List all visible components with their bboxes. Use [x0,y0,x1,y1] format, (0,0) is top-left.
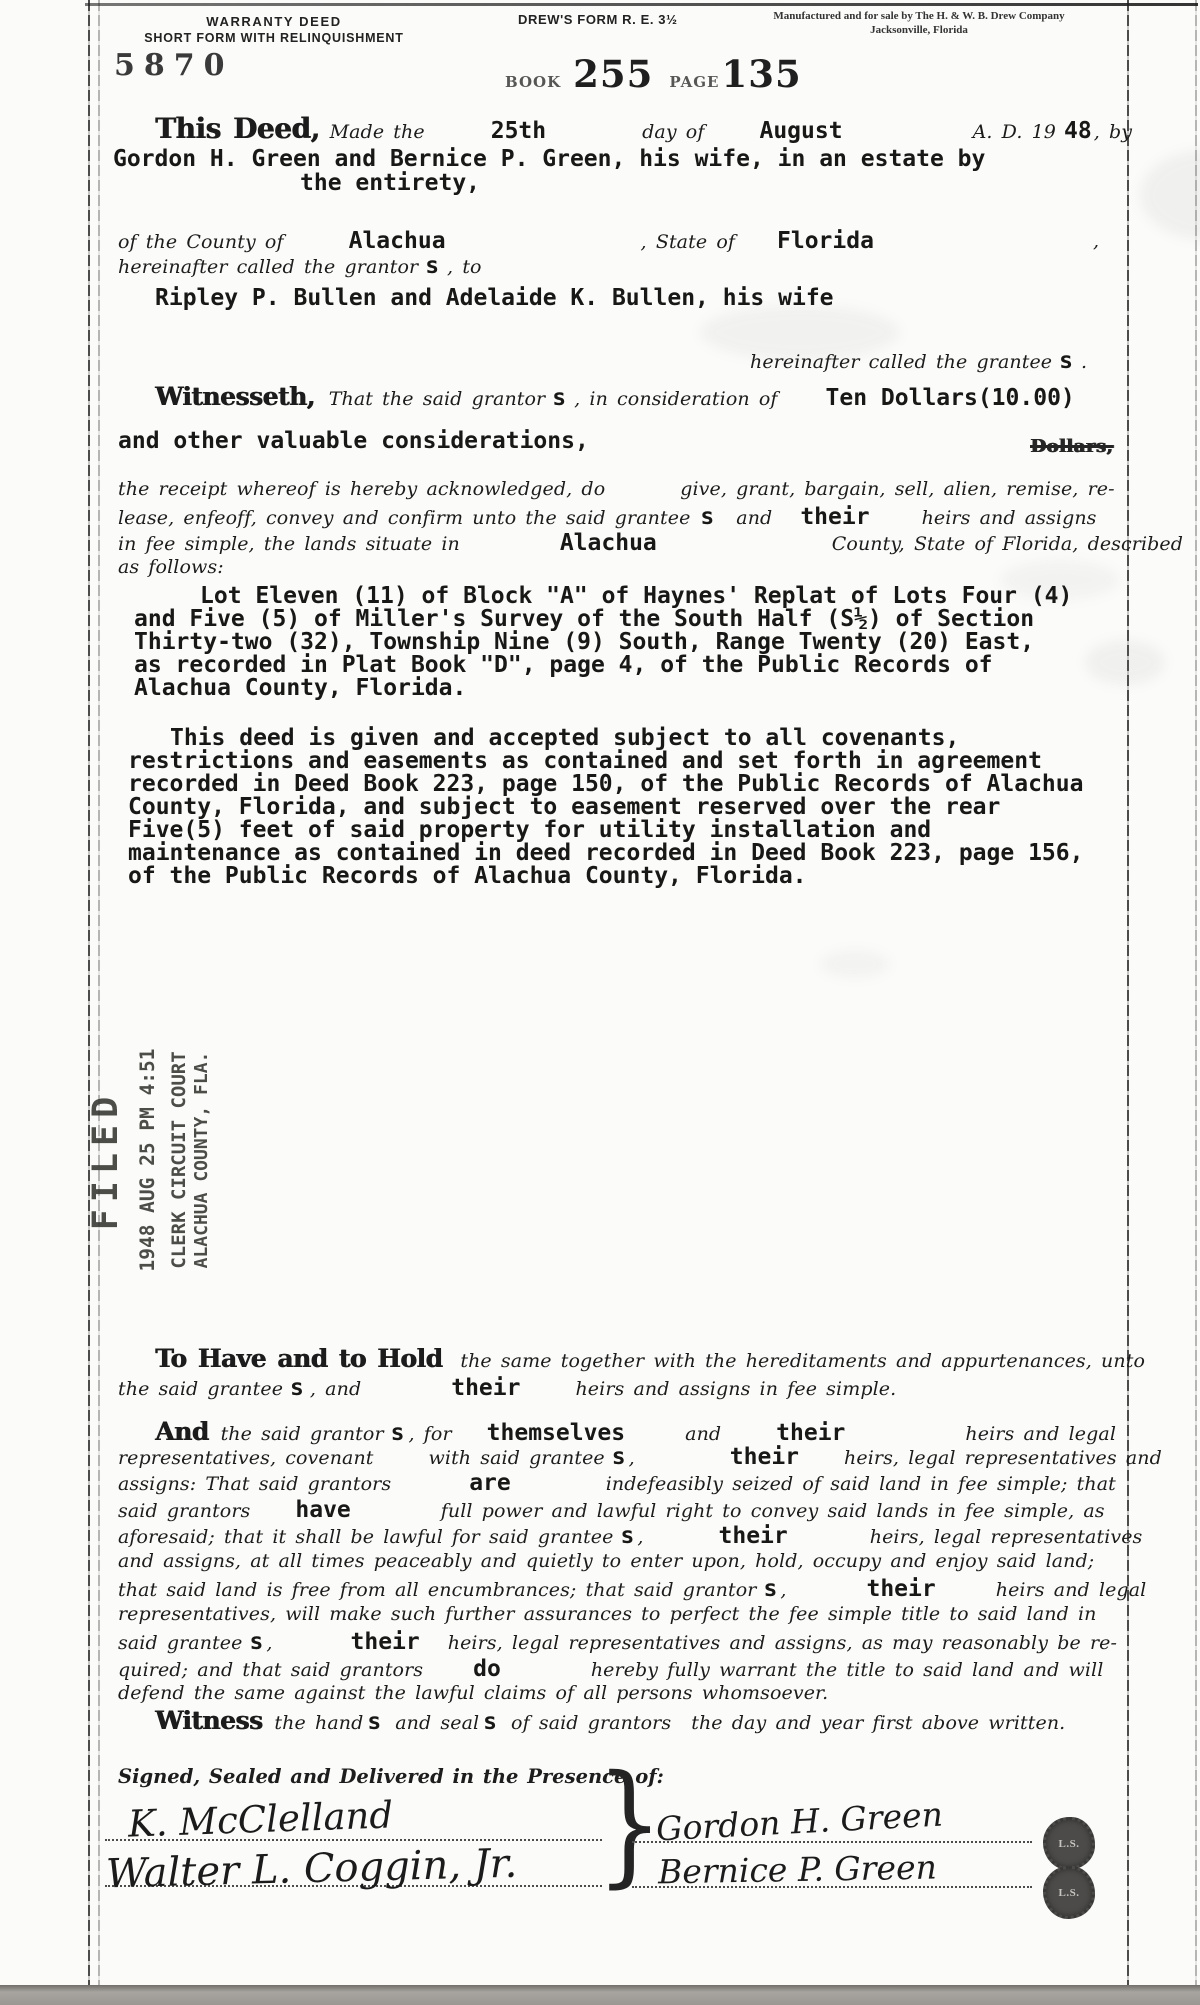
text-segment: County, State of Florida, described [832,533,1183,555]
text-segment: Witness [155,1706,262,1735]
covenant-line: said grantees,theirheirs, legal represen… [118,1629,1117,1655]
text-segment: representatives, will make such further … [118,1603,1097,1625]
text-segment: their [800,504,869,530]
text-segment: their [776,1420,845,1446]
publisher-line2: Jacksonville, Florida [738,24,1100,36]
text-segment: hereinafter called the grantee [750,351,1052,373]
subject-covenants-block: This deed is given and accepted subject … [128,727,1083,888]
text-segment: in fee simple, the lands situate in [118,533,460,555]
text-segment: , [780,1579,786,1601]
text-segment: s [621,1523,635,1549]
scan-smudge [820,950,890,978]
text-segment: heirs and assigns [922,507,1097,529]
legal-description-line: Lot Eleven (11) of Block "A" of Haynes' … [134,585,1072,608]
text-segment: quired; and that said grantors [118,1659,423,1681]
deed-document-page: WARRANTY DEED SHORT FORM WITH RELINQUISH… [0,0,1200,2005]
legal-description-line: Thirty-two (32), Township Nine (9) South… [134,631,1072,654]
text-segment: full power and lawful right to convey sa… [441,1500,1105,1522]
legal-description-block: Lot Eleven (11) of Block "A" of Haynes' … [134,585,1072,700]
text-segment: s [1059,348,1073,374]
text-segment: , State of [641,231,735,253]
text-segment: hereinafter called the grantor [118,256,418,278]
text-segment: Alachua [349,228,446,254]
subject-covenants-line: of the Public Records of Alachua County,… [128,865,1083,888]
left-margin-rule-inner [98,0,100,1985]
text-segment: give, grant, bargain, sell, alien, remis… [680,478,1114,500]
text-segment: said grantors [118,1500,250,1522]
grantor-names-line1: Gordon H. Green and Bernice P. Green, hi… [113,148,985,171]
page-edge-rule [1195,0,1197,1985]
text-segment: lease, enfeoff, convey and confirm unto … [118,507,690,529]
text-segment: that said land is free from all encumbra… [118,1579,756,1601]
scan-smudge [1085,640,1165,685]
text-segment: their [730,1444,799,1470]
text-segment: . [1081,351,1087,373]
left-margin-rule [88,0,90,1985]
subject-covenants-line: County, Florida, and subject to easement… [128,796,1083,819]
covenant-line: representatives, covenantwith said grant… [118,1444,1162,1470]
text-segment: heirs, legal representatives [870,1526,1143,1548]
text-segment: Made the [330,121,425,143]
text-segment: s [367,1709,381,1735]
grantor-names-line2: the entirety, [300,172,480,195]
subject-covenants-line: Five(5) feet of said property for utilit… [128,819,1083,842]
text-segment: and [685,1423,721,1445]
text-segment: , by [1094,121,1132,143]
filed-stamp-datetime: 1948 AUG 25 PM 4:51 [136,1044,160,1276]
witness-clause-line: Witnessthe handsand sealsof said grantor… [155,1706,1065,1735]
text-segment: That the said grantor [329,388,546,410]
habendum-line1: To Have and to Holdthe same together wit… [155,1344,1145,1373]
covenant-line: defend the same against the lawful claim… [118,1682,828,1704]
text-segment: Alachua [560,530,657,556]
scan-smudge [1140,150,1200,240]
text-segment: s [763,1576,777,1602]
text-segment: This Deed, [155,112,320,145]
text-segment: their [451,1375,520,1401]
text-segment: s [552,385,566,411]
witnesseth-line: Witnesseth,That the said grantors, in co… [155,382,1075,411]
text-segment: their [351,1629,420,1655]
text-segment: To Have and to Hold [155,1344,442,1373]
opening-clause-line: This Deed,Made the25thday ofAugustA. D. … [155,112,1132,145]
receipt-line1: the receipt whereof is hereby acknowledg… [118,478,1115,500]
receipt-line3: in fee simple, the lands situate inAlach… [118,530,1183,556]
text-segment: heirs, legal representatives and [844,1447,1162,1469]
covenant-line: quired; and that said grantorsdohereby f… [118,1656,1103,1682]
seal-label: L.S. [1059,1887,1080,1899]
grantor-called-line: hereinafter called the grantors, to [118,253,482,279]
text-segment: s [290,1375,304,1401]
text-segment: Ten Dollars(10.00) [826,385,1075,411]
text-segment: their [866,1576,935,1602]
scanner-bed-strip [0,1985,1200,2005]
legal-description-line: Alachua County, Florida. [134,677,1072,700]
dollars-struck-label: Dollars, [1030,436,1113,457]
covenant-line: assigns: That said grantorsareindefeasib… [118,1470,1116,1496]
text-segment: s [612,1444,626,1470]
text-segment: said grantee [118,1632,243,1654]
receipt-line2: lease, enfeoff, convey and confirm unto … [118,504,1097,530]
text-segment: with said grantee [429,1447,605,1469]
text-segment: and [736,507,772,529]
legal-description-line: as recorded in Plat Book "D", page 4, of… [134,654,1072,677]
subject-covenants-line: restrictions and easements as contained … [128,750,1083,773]
covenant-line: Andthe said grantors, forthemselvesandth… [155,1417,1116,1446]
page-label: PAGE [669,73,719,91]
text-segment: heirs and legal [965,1423,1116,1445]
text-segment: heirs and legal [996,1579,1147,1601]
county-state-line: of the County ofAlachua, State ofFlorida [118,228,874,254]
text-segment: assigns: That said grantors [118,1473,391,1495]
grantor2-signature: Bernice P. Green [658,1848,937,1892]
text-segment: , and [310,1378,361,1400]
text-segment: day of [642,121,704,143]
text-segment: Witnesseth, [155,382,315,411]
text-segment: s [250,1629,264,1655]
text-segment: 25th [491,118,546,144]
text-segment: heirs, legal representatives and assigns… [448,1632,1117,1654]
text-segment: have [295,1497,350,1523]
text-segment: 48 [1064,118,1092,144]
text-segment: the hand [274,1712,363,1734]
text-segment: defend the same against the lawful claim… [118,1682,828,1704]
text-segment: of the County of [118,231,284,253]
text-segment: , [266,1632,272,1654]
right-margin-rule [1127,0,1129,1985]
text-segment: And [155,1417,209,1446]
form-title-line2: SHORT FORM WITH RELINQUISHMENT [118,31,430,45]
text-segment: and assigns, at all times peaceably and … [118,1550,1094,1572]
covenant-line: said grantorshavefull power and lawful r… [118,1497,1105,1523]
covenant-line: aforesaid; that it shall be lawful for s… [118,1523,1142,1549]
text-segment: the receipt whereof is hereby acknowledg… [118,478,605,500]
text-segment: as follows: [118,556,224,578]
notary-seal-1: L.S. [1043,1817,1095,1870]
seal-label: L.S. [1059,1838,1080,1850]
filed-stamp-office-line1: CLERK CIRCUIT COURT [168,1044,191,1276]
text-segment: , [629,1447,635,1469]
text-segment: indefeasibly seized of said land in fee … [606,1473,1116,1495]
grantee-names-line: Ripley P. Bullen and Adelaide K. Bullen,… [155,287,834,310]
text-segment: August [759,118,842,144]
signature-brace: } [596,1758,663,1890]
text-segment: and seal [395,1712,479,1734]
form-number: DREW'S FORM R. E. 3½ [518,12,678,27]
notary-seal-2: L.S. [1043,1866,1095,1919]
text-segment: of said grantors [511,1712,671,1734]
instrument-number: 5870 [114,48,234,83]
text-segment: , to [447,256,482,278]
filed-stamp-office-line2: ALACHUA COUNTY, FLA. [191,1044,213,1276]
text-segment: s [700,504,714,530]
book-label: BOOK [505,73,561,91]
text-segment: s [483,1709,497,1735]
text-segment: Florida [777,228,874,254]
text-segment: heirs and assigns in fee simple. [575,1378,896,1400]
witness2-signature: Walter L. Coggin, Jr. [105,1841,517,1898]
considerations-line: and other valuable considerations, [118,430,589,453]
text-segment: , in consideration of [574,388,777,410]
text-segment: aforesaid; that it shall be lawful for s… [118,1526,614,1548]
subject-covenants-line: maintenance as contained in deed recorde… [128,842,1083,865]
receipt-line4: as follows: [118,556,224,578]
subject-covenants-line: recorded in Deed Book 223, page 150, of … [128,773,1083,796]
book-number: 255 [573,52,653,96]
text-segment: representatives, covenant [118,1447,374,1469]
text-segment: the said grantee [118,1378,283,1400]
text-segment: their [719,1523,788,1549]
top-edge-rule [85,3,1198,6]
text-segment: themselves [487,1420,625,1446]
county-line-comma: , [1093,230,1099,252]
text-segment: hereby fully warrant the title to said l… [591,1659,1104,1681]
text-segment: , [637,1526,643,1548]
presence-line: Signed, Sealed and Delivered in the Pres… [118,1765,664,1788]
grantee-called-line: hereinafter called the grantees. [750,348,1087,374]
form-title-line1: WARRANTY DEED [118,14,430,29]
text-segment: A. D. 19 [973,121,1056,143]
text-segment: s [391,1420,405,1446]
page-number: 135 [721,52,801,96]
text-segment: s [425,253,439,279]
text-segment: the said grantor [221,1423,384,1445]
text-segment: the same together with the hereditaments… [460,1350,1145,1372]
text-segment: , for [409,1423,452,1445]
book-page-reference: BOOK 255 PAGE 135 [505,52,802,96]
filed-stamp: FILED 1948 AUG 25 PM 4:51 CLERK CIRCUIT … [86,1044,250,1276]
habendum-line2: the said grantees, andtheirheirs and ass… [118,1375,896,1401]
covenant-line: and assigns, at all times peaceably and … [118,1550,1094,1572]
filed-stamp-word: FILED [86,1044,126,1276]
text-segment: are [469,1470,511,1496]
subject-covenants-line: This deed is given and accepted subject … [128,727,1083,750]
legal-description-line: and Five (5) of Miller's Survey of the S… [134,608,1072,631]
publisher-line1: Manufactured and for sale by The H. & W.… [738,10,1100,22]
covenant-line: representatives, will make such further … [118,1603,1097,1625]
witness1-signature: K. McClelland [127,1793,393,1845]
covenant-line: that said land is free from all encumbra… [118,1576,1146,1602]
text-segment: the day and year first above written. [691,1712,1065,1734]
text-segment: do [473,1656,501,1682]
